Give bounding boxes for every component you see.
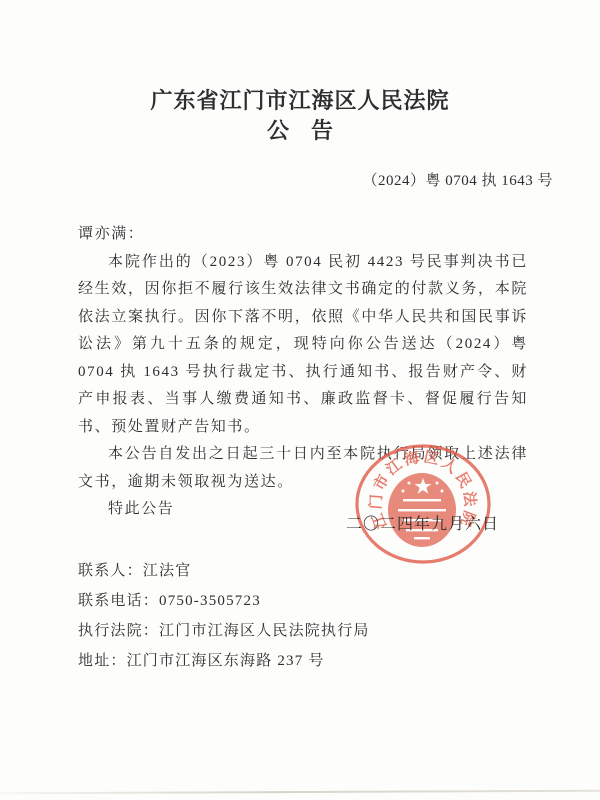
issue-date: 二〇二四年九月六日	[346, 511, 499, 534]
case-number: （2024）粤 0704 执 1643 号	[0, 169, 553, 190]
national-emblem-icon	[388, 473, 456, 547]
notice-paragraph-1: 本院作出的（2023）粤 0704 民初 4423 号民事判决书已经生效，因你拒…	[78, 249, 528, 442]
addressee-salutation: 谭亦满：	[78, 221, 528, 249]
contact-person-line: 联系人：江法官	[78, 556, 370, 586]
court-seal-icon: 江门市江海区人民法院	[345, 437, 505, 573]
contact-phone-line: 联系电话：0750-3505723	[78, 586, 370, 616]
court-seal-stamp: 江门市江海区人民法院	[345, 437, 505, 573]
address-line: 地址：江门市江海区东海路 237 号	[78, 646, 370, 676]
contact-info-block: 联系人：江法官 联系电话：0750-3505723 执行法院：江门市江海区人民法…	[78, 556, 370, 676]
court-name-title: 广东省江门市江海区人民法院	[0, 84, 600, 115]
page-edge-shadow	[0, 790, 600, 795]
execution-court-line: 执行法院：江门市江海区人民法院执行局	[78, 616, 370, 646]
notice-title: 公 告	[0, 114, 600, 145]
court-notice-document: 广东省江门市江海区人民法院 公 告 （2024）粤 0704 执 1643 号 …	[0, 0, 600, 800]
